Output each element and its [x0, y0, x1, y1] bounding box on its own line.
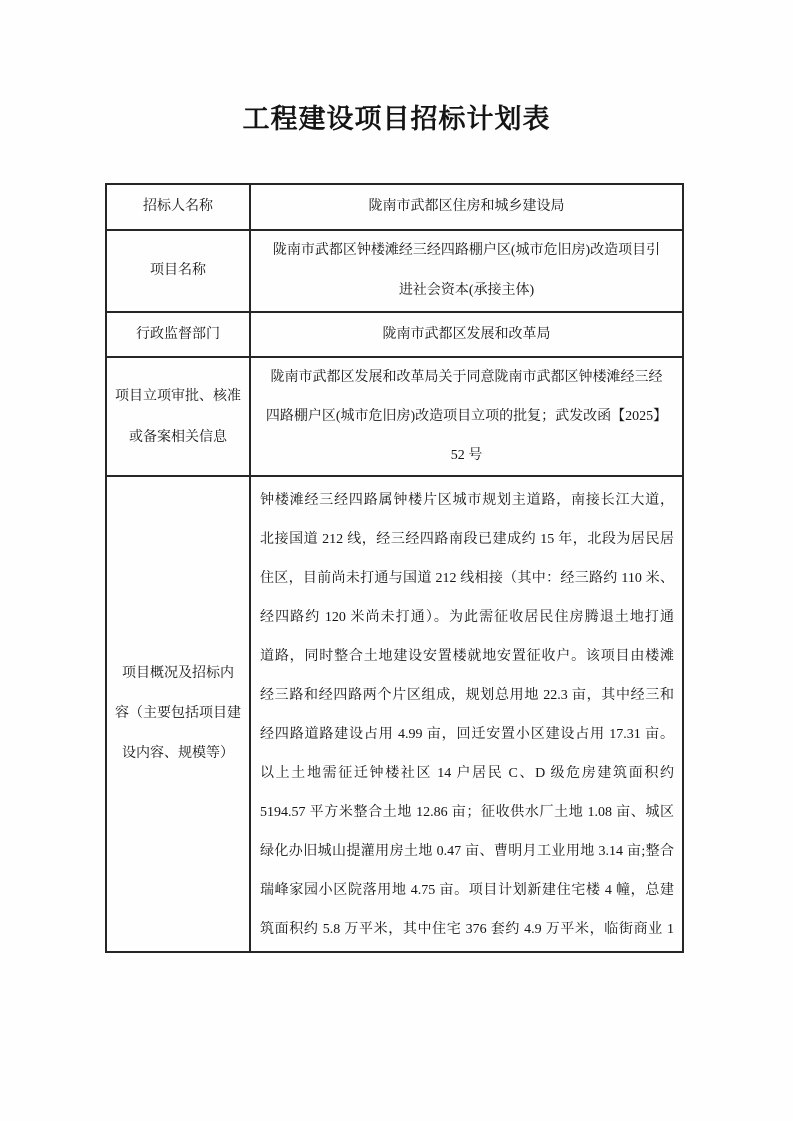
project-name-value-cell: 陇南市武都区钟楼滩经三经四路棚户区(城市危旧房)改造项目引进社会资本(承接主体): [250, 230, 683, 312]
text-line: 四路棚户区(城市危旧房)改造项目立项的批复；武发改函【2025】: [251, 397, 682, 436]
table-row-approval-info: 项目立项审批、核准或备案相关信息 陇南市武都区发展和改革局关于同意陇南市武都区钟…: [106, 357, 683, 476]
document-page: 工程建设项目招标计划表 招标人名称 陇南市武都区住房和城乡建设局 项目名称 陇南…: [0, 0, 793, 1122]
text-line: 住区，目前尚未打通与国道 212 线相接（其中：经三路约 110 米、: [260, 559, 674, 598]
text-line: 项目概况及招标内: [107, 654, 249, 694]
approval-info-label-cell: 项目立项审批、核准或备案相关信息: [106, 357, 250, 476]
supervisory-department-label-cell: 行政监督部门: [106, 312, 250, 357]
project-name-label-cell: 项目名称: [106, 230, 250, 312]
project-overview-label-cell: 项目概况及招标内容（主要包括项目建设内容、规模等）: [106, 476, 250, 952]
text-line: 陇南市武都区发展和改革局关于同意陇南市武都区钟楼滩经三经: [251, 358, 682, 397]
approval-info-value: 陇南市武都区发展和改革局关于同意陇南市武都区钟楼滩经三经四路棚户区(城市危旧房)…: [251, 358, 682, 475]
text-line: 招标人名称: [107, 197, 249, 217]
text-line: 陇南市武都区发展和改革局: [251, 325, 682, 345]
text-line: 行政监督部门: [107, 325, 249, 345]
text-line: 52 号: [251, 436, 682, 475]
text-line: 以上土地需征迁钟楼社区 14 户居民 C、D 级危房建筑面积约: [260, 754, 674, 793]
text-line: 容（主要包括项目建: [107, 694, 249, 734]
bidder-name-value-cell: 陇南市武都区住房和城乡建设局: [250, 184, 683, 230]
approval-info-value-cell: 陇南市武都区发展和改革局关于同意陇南市武都区钟楼滩经三经四路棚户区(城市危旧房)…: [250, 357, 683, 476]
text-line: 项目立项审批、核准: [107, 376, 249, 417]
text-line: 或备案相关信息: [107, 417, 249, 458]
supervisory-department-value: 陇南市武都区发展和改革局: [251, 325, 682, 345]
text-line: 绿化办旧城山提灌用房土地 0.47 亩、曹明月工业用地 3.14 亩;整合: [260, 832, 674, 871]
text-line: 设内容、规模等）: [107, 734, 249, 774]
text-line: 陇南市武都区住房和城乡建设局: [251, 197, 682, 217]
text-line: 陇南市武都区钟楼滩经三经四路棚户区(城市危旧房)改造项目引: [251, 231, 682, 271]
text-line: 项目名称: [107, 260, 249, 282]
bidder-name-label-cell: 招标人名称: [106, 184, 250, 230]
bidder-name-value: 陇南市武都区住房和城乡建设局: [251, 197, 682, 217]
text-line: 经四路道路建设占用 4.99 亩，回迁安置小区建设占用 17.31 亩。: [260, 715, 674, 754]
table-row-bidder-name: 招标人名称 陇南市武都区住房和城乡建设局: [106, 184, 683, 230]
supervisory-department-value-cell: 陇南市武都区发展和改革局: [250, 312, 683, 357]
table-row-project-name: 项目名称 陇南市武都区钟楼滩经三经四路棚户区(城市危旧房)改造项目引进社会资本(…: [106, 230, 683, 312]
text-line: 北接国道 212 线，经三经四路南段已建成约 15 年，北段为居民居: [260, 520, 674, 559]
table-row-supervisory-department: 行政监督部门 陇南市武都区发展和改革局: [106, 312, 683, 357]
project-overview-value-cell: 钟楼滩经三经四路属钟楼片区城市规划主道路，南接长江大道，北接国道 212 线，经…: [250, 476, 683, 952]
project-name-label: 项目名称: [107, 260, 249, 282]
project-name-value: 陇南市武都区钟楼滩经三经四路棚户区(城市危旧房)改造项目引进社会资本(承接主体): [251, 231, 682, 311]
project-overview-label: 项目概况及招标内容（主要包括项目建设内容、规模等）: [107, 654, 249, 774]
text-line: 道路，同时整合土地建设安置楼就地安置征收户。该项目由楼滩: [260, 637, 674, 676]
bidder-name-label: 招标人名称: [107, 197, 249, 217]
text-line: 瑞峰家园小区院落用地 4.75 亩。项目计划新建住宅楼 4 幢，总建: [260, 871, 674, 910]
approval-info-label: 项目立项审批、核准或备案相关信息: [107, 376, 249, 458]
text-line: 筑面积约 5.8 万平米，其中住宅 376 套约 4.9 万平米，临街商业 1: [260, 910, 674, 949]
supervisory-department-label: 行政监督部门: [107, 325, 249, 345]
text-line: 经三路和经四路两个片区组成，规划总用地 22.3 亩，其中经三和: [260, 676, 674, 715]
text-line: 钟楼滩经三经四路属钟楼片区城市规划主道路，南接长江大道，: [260, 481, 674, 520]
text-line: 经四路约 120 米尚未打通）。为此需征收居民住房腾退土地打通: [260, 598, 674, 637]
bidding-plan-table: 招标人名称 陇南市武都区住房和城乡建设局 项目名称 陇南市武都区钟楼滩经三经四路…: [105, 183, 684, 953]
table-row-project-overview: 项目概况及招标内容（主要包括项目建设内容、规模等） 钟楼滩经三经四路属钟楼片区城…: [106, 476, 683, 952]
text-line: 进社会资本(承接主体): [251, 271, 682, 311]
document-title: 工程建设项目招标计划表: [0, 97, 793, 136]
project-overview-value: 钟楼滩经三经四路属钟楼片区城市规划主道路，南接长江大道，北接国道 212 线，经…: [260, 481, 674, 949]
text-line: 5194.57 平方米整合土地 12.86 亩；征收供水厂土地 1.08 亩、城…: [260, 793, 674, 832]
